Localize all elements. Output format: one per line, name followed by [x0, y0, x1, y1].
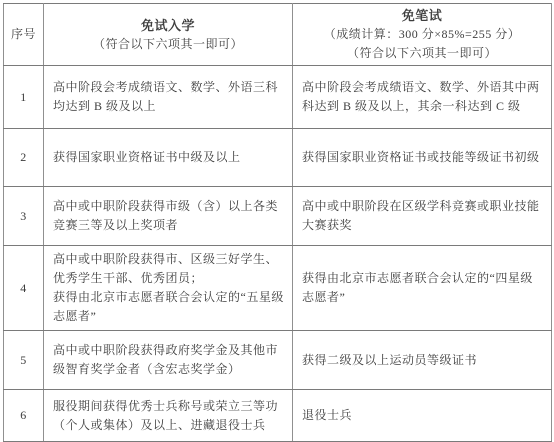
admission-criteria-table: 序号 免试入学 （符合以下六项其一即可） 免笔试 （成绩计算：300 分×85%… — [3, 3, 552, 442]
row-number-cell: 2 — [4, 129, 44, 187]
table-row: 1 高中阶段会考成绩语文、数学、外语三科均达到 B 级及以上 高中阶段会考成绩语… — [4, 66, 552, 129]
written-exemption-score-formula: （成绩计算：300 分×85%=255 分） — [297, 25, 547, 44]
row-number-cell: 3 — [4, 187, 44, 246]
written-exemption-subtitle: （符合以下六项其一即可） — [297, 44, 547, 63]
exempt-admission-cell: 高中阶段会考成绩语文、数学、外语三科均达到 B 级及以上 — [44, 66, 293, 129]
row-number-cell: 5 — [4, 331, 44, 390]
header-serial-label: 序号 — [8, 25, 39, 44]
exempt-admission-cell: 高中或中职阶段获得市级（含）以上各类竞赛三等及以上奖项者 — [44, 187, 293, 246]
exempt-admission-cell: 高中或中职阶段获得政府奖学金及其他市级智育奖学金者（含宏志奖学金） — [44, 331, 293, 390]
exempt-admission-subtitle: （符合以下六项其一即可） — [48, 35, 288, 54]
table-row: 2 获得国家职业资格证书中级及以上 获得国家职业资格证书或技能等级证书初级 — [4, 129, 552, 187]
exempt-admission-cell: 服役期间获得优秀士兵称号或荣立三等功（个人或集体）及以上、进藏退役士兵 — [44, 390, 293, 442]
exempt-admission-cell: 高中或中职阶段获得市、区级三好学生、优秀学生干部、优秀团员； 获得由北京市志愿者… — [44, 246, 293, 331]
table-row: 3 高中或中职阶段获得市级（含）以上各类竞赛三等及以上奖项者 高中或中职阶段在区… — [4, 187, 552, 246]
written-exemption-cell: 获得二级及以上运动员等级证书 — [293, 331, 552, 390]
written-exemption-cell: 高中或中职阶段在区级学科竞赛或职业技能大赛获奖 — [293, 187, 552, 246]
written-exemption-cell: 退役士兵 — [293, 390, 552, 442]
written-exemption-title: 免笔试 — [297, 6, 547, 25]
row-number-cell: 4 — [4, 246, 44, 331]
exempt-admission-cell: 获得国家职业资格证书中级及以上 — [44, 129, 293, 187]
written-exemption-cell: 获得国家职业资格证书或技能等级证书初级 — [293, 129, 552, 187]
table-row: 5 高中或中职阶段获得政府奖学金及其他市级智育奖学金者（含宏志奖学金） 获得二级… — [4, 331, 552, 390]
row-number-cell: 1 — [4, 66, 44, 129]
table-row: 6 服役期间获得优秀士兵称号或荣立三等功（个人或集体）及以上、进藏退役士兵 退役… — [4, 390, 552, 442]
row-number-cell: 6 — [4, 390, 44, 442]
header-cell-written-exemption: 免笔试 （成绩计算：300 分×85%=255 分） （符合以下六项其一即可） — [293, 4, 552, 66]
exempt-admission-title: 免试入学 — [48, 16, 288, 35]
written-exemption-cell: 高中阶段会考成绩语文、数学、外语其中两科达到 B 级及以上，其余一科达到 C 级 — [293, 66, 552, 129]
written-exemption-cell: 获得由北京市志愿者联合会认定的“四星级志愿者” — [293, 246, 552, 331]
header-cell-exempt-admission: 免试入学 （符合以下六项其一即可） — [44, 4, 293, 66]
header-cell-serial: 序号 — [4, 4, 44, 66]
table-row: 4 高中或中职阶段获得市、区级三好学生、优秀学生干部、优秀团员； 获得由北京市志… — [4, 246, 552, 331]
header-row: 序号 免试入学 （符合以下六项其一即可） 免笔试 （成绩计算：300 分×85%… — [4, 4, 552, 66]
